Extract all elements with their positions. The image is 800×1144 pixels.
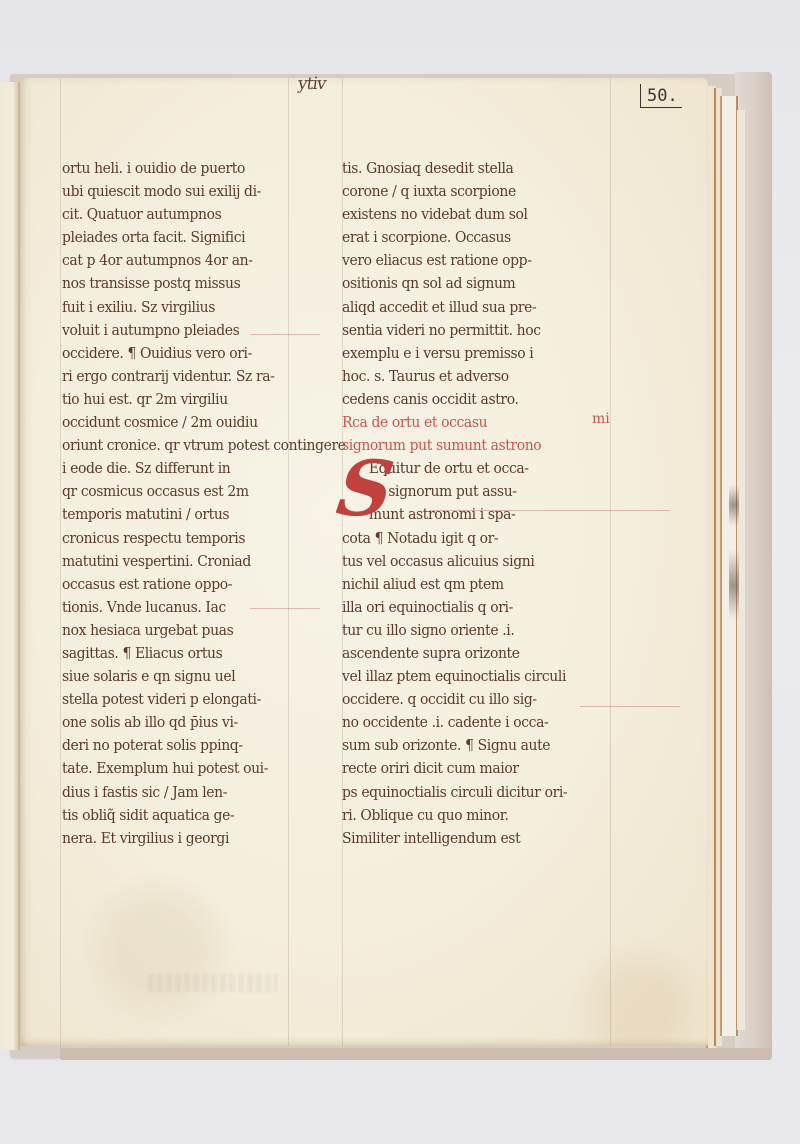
text-line: i eode die. Sz differunt in [62,458,312,481]
left-text-column: ortu heli. i ouidio de puerto ubi quiesc… [62,158,322,851]
text-line: nox hesiaca urgebat puas [62,620,312,643]
decorated-initial: S [333,450,404,528]
text-line: vel illaz ptem equinoctialis circuli [342,666,601,689]
signature-mark: ytiv [297,74,327,94]
facing-page-edge [0,82,20,1050]
text-line: nos transisse postq missus [62,273,312,296]
edge-stain [729,485,739,525]
text-line: cit. Quatuor autumpnos [62,204,312,227]
text-line: voluit i autumpno pleiades [62,320,312,343]
text-line: tis obliq̃ sidit aquatica ge- [62,805,312,828]
text-line: existens no videbat dum sol [342,204,601,227]
text-line: tio hui est. qr 2m virgiliu [62,389,312,412]
text-line: corone / q iuxta scorpione [342,181,601,204]
text-line: cedens canis occidit astro. [342,389,601,412]
binding-board-bottom [60,1048,772,1060]
text-line: sum sub orizonte. ¶ Signu aute [342,735,601,758]
text-line: pleiades orta facit. Significi [62,227,312,250]
text-line: deri no poterat solis ppinq- [62,735,312,758]
text-line: ubi quiescit modo sui exilij di- [62,181,312,204]
text-line: nichil aliud est qm ptem [342,574,601,597]
text-line: ri. Oblique cu quo minor. [342,805,601,828]
text-line: occidunt cosmice / 2m ouidiu [62,412,312,435]
marginal-note: mi [592,411,610,427]
text-line: erat i scorpione. Occasus [342,227,601,250]
text-line: ositionis qn sol ad signum [342,273,601,296]
text-line: occidere. ¶ Ouidius vero ori- [62,343,312,366]
text-line: tus vel occasus alicuius signi [342,551,601,574]
text-line: tur cu illo signo oriente .i. [342,620,601,643]
text-line: temporis matutini / ortus [62,504,312,527]
ink-offset-ghost [148,974,278,992]
text-line: ps equinoctialis circuli dicitur ori- [342,782,601,805]
rubric-heading-line: Rca de ortu et occasu [342,412,601,435]
text-line: dius i fastis sic / Jam len- [62,782,312,805]
text-line: sentia videri no permittit. hoc [342,320,601,343]
text-line: tate. Exemplum hui potest oui- [62,758,312,781]
folio-number: 50. [640,84,682,108]
text-line: siue solaris e qn signu uel [62,666,312,689]
text-line: fuit i exiliu. Sz virgilius [62,297,312,320]
text-line: qr cosmicus occasus est 2m [62,481,312,504]
text-line: aliqd accedit et illud sua pre- [342,297,601,320]
ruling-line [60,78,61,1046]
text-line: ascendente supra orizonte [342,643,601,666]
text-line: illa ori equinoctialis q ori- [342,597,601,620]
text-line: oriunt cronice. qr vtrum potest continge… [62,435,312,458]
text-line: recte oriri dicit cum maior [342,758,601,781]
text-line: hoc. s. Taurus et adverso [342,366,601,389]
text-line: cronicus respectu temporis [62,528,312,551]
text-line: cat p 4or autumpnos 4or an- [62,250,312,273]
text-line: ortu heli. i ouidio de puerto [62,158,312,181]
text-line: tionis. Vnde lucanus. Iac [62,597,312,620]
text-line: occasus est ratione oppo- [62,574,312,597]
text-line: one solis ab illo qd p̄ius vi- [62,712,312,735]
text-line: no occidente .i. cadente i occa- [342,712,601,735]
text-line: Similiter intelligendum est [342,828,601,851]
text-line: exemplu e i versu premisso i [342,343,601,366]
edge-stain [729,550,739,620]
text-line: vero eliacus est ratione opp- [342,250,601,273]
text-line: sagittas. ¶ Eliacus ortus [62,643,312,666]
text-line: tis. Gnosiaq desedit stella [342,158,601,181]
text-line: matutini vespertini. Croniad [62,551,312,574]
text-line: occidere. q occidit cu illo sig- [342,689,601,712]
text-line: ri ergo contrarij videntur. Sz ra- [62,366,312,389]
text-line: nera. Et virgilius i georgi [62,828,312,851]
text-line: stella potest videri p elongati- [62,689,312,712]
